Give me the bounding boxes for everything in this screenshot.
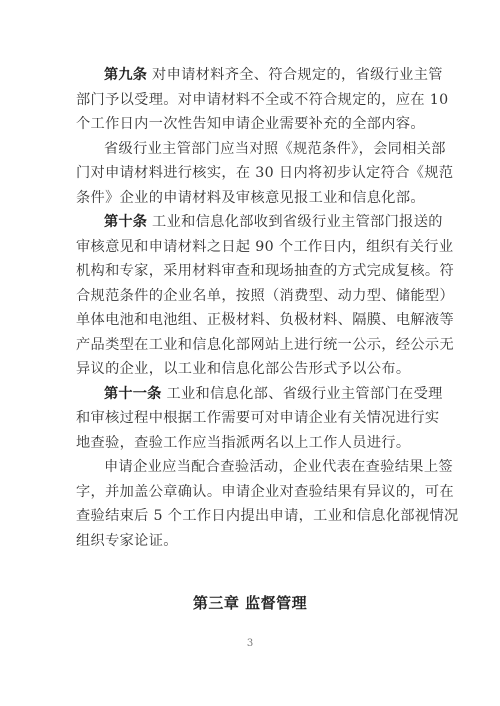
article-9-line-1: 第九条 对申请材料齐全、符合规定的，省级行业主管	[104, 63, 424, 87]
article-9-text: 对申请材料齐全、符合规定的，省级行业主管	[152, 67, 443, 83]
document-page: 第九条 对申请材料齐全、符合规定的，省级行业主管 部门予以受理。对申请材料不全或…	[0, 0, 500, 706]
article-10-line-4: 合规范条件的企业名单，按照（消费型、动力型、储能型）	[76, 284, 424, 308]
article-10-line-7: 异议的企业，以工业和信息化部公告形式予以公布。	[76, 357, 424, 381]
article-10-line-1: 第十条 工业和信息化部收到省级行业主管部门报送的	[104, 210, 424, 234]
article-11-p2-line-3: 查验结束后 5 个工作日内提出申请，工业和信息化部视情况	[76, 504, 424, 528]
article-9-p2-line-1: 省级行业主管部门应当对照《规范条件》，会同相关部	[104, 137, 424, 161]
article-9-p2-line-3: 条件》企业的申请材料及审核意见报工业和信息化部。	[76, 186, 424, 210]
article-11-line-2: 和审核过程中根据工作需要可对申请企业有关情况进行实	[76, 406, 424, 430]
article-10-text: 工业和信息化部收到省级行业主管部门报送的	[152, 214, 443, 230]
article-11-p2-line-4: 组织专家论证。	[76, 529, 424, 553]
article-11-line-1: 第十一条 工业和信息化部、省级行业主管部门在受理	[104, 382, 424, 406]
article-10-line-6: 产品类型在工业和信息化部网站上进行统一公示，经公示无	[76, 333, 424, 357]
article-9-line-3: 个工作日内一次性告知申请企业需要补充的全部内容。	[76, 112, 424, 136]
article-9-p2-line-2: 门对申请材料进行核实，在 30 日内将初步认定符合《规范	[76, 161, 424, 185]
page-number: 3	[0, 638, 500, 649]
article-11-text: 工业和信息化部、省级行业主管部门在受理	[166, 386, 442, 402]
article-10-line-2: 审核意见和申请材料之日起 90 个工作日内，组织有关行业	[76, 235, 424, 259]
article-9-heading: 第九条	[104, 67, 147, 83]
chapter-title: 第三章 监督管理	[0, 592, 500, 613]
article-11-p2-line-2: 字，并加盖公章确认。申请企业对查验结果有异议的，可在	[76, 480, 424, 504]
article-9-line-2: 部门予以受理。对申请材料不全或不符合规定的，应在 10	[76, 88, 424, 112]
article-10-heading: 第十条	[104, 214, 147, 230]
article-11-line-3: 地查验，查验工作应当指派两名以上工作人员进行。	[76, 431, 424, 455]
article-10-line-3: 机构和专家，采用材料审查和现场抽查的方式完成复核。符	[76, 259, 424, 283]
article-10-line-5: 单体电池和电池组、正极材料、负极材料、隔膜、电解液等	[76, 308, 424, 332]
article-11-p2-line-1: 申请企业应当配合查验活动，企业代表在查验结果上签	[104, 455, 424, 479]
article-11-heading: 第十一条	[104, 386, 162, 402]
